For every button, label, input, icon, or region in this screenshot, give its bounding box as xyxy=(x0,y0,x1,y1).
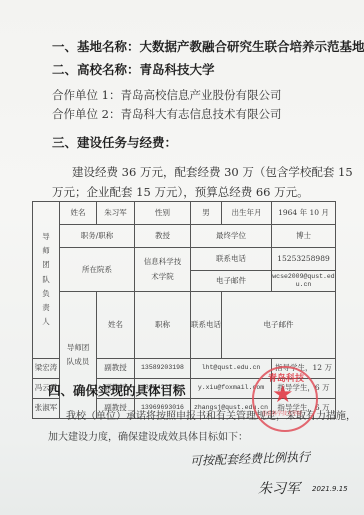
leader-title: 教授 xyxy=(135,225,191,248)
leader-degree: 博士 xyxy=(272,225,336,248)
leader-dept-label: 所在院系 xyxy=(60,248,135,292)
partner-value: 青岛科大有志信息技术有限公司 xyxy=(120,107,281,121)
partner-value: 青岛高校信息产业股份有限公司 xyxy=(120,88,281,102)
university-name-value: 青岛科技大学 xyxy=(140,62,215,77)
leader-phone-label: 联系电话 xyxy=(191,248,272,271)
leader-name: 朱习军 xyxy=(97,202,135,225)
leader-gender: 男 xyxy=(191,202,222,225)
leader-birth-label: 出生年月 xyxy=(222,202,272,225)
member-email: lht@qust.edu.cn xyxy=(191,358,272,378)
leader-title-label: 职务/职称 xyxy=(60,225,135,248)
members-header-title: 职称 xyxy=(135,292,191,359)
member-title: 副教授 xyxy=(97,358,135,378)
star-icon: ★ xyxy=(272,382,294,406)
section-base-name: 一、基地名称：大数据产教融合研究生联合培养示范基地 xyxy=(52,37,364,55)
members-header-name: 姓名 xyxy=(97,292,135,359)
leader-name-label: 姓名 xyxy=(60,202,97,225)
leader-birth: 1964 年 10 月 xyxy=(272,202,336,225)
partner-2: 合作单位 2：青岛科大有志信息技术有限公司 xyxy=(52,106,281,122)
leader-email: wcse2009@qust.edu.cn xyxy=(272,271,336,292)
partner-label: 合作单位 1： xyxy=(52,88,120,102)
commitment-line2: 加大建设力度，确保建设成效具体目标如下： xyxy=(48,428,248,443)
member-name: 张淑军 xyxy=(33,398,60,418)
member-phone: 13589203198 xyxy=(135,358,191,378)
members-header-email: 电子邮件 xyxy=(222,292,336,359)
leader-degree-label: 最终学位 xyxy=(191,225,272,248)
section-university-name: 二、高校名称：青岛科技大学 xyxy=(52,60,215,78)
leader-email-label: 电子邮件 xyxy=(191,271,272,292)
partner-label: 合作单位 2： xyxy=(52,107,120,121)
members-header-phone: 联系电话 xyxy=(191,292,222,359)
section-goals: 四、确保实现的具体目标 xyxy=(48,381,186,399)
handwritten-signature: 朱习军 xyxy=(258,478,300,498)
section-tasks-funding: 三、建设任务与经费： xyxy=(52,133,177,151)
official-seal: 青岛科技 ★ 信息科学技术学院 xyxy=(252,366,318,432)
funding-text-line1: 建设经费 36 万元，配套经费 30 万（包含学校配套 15 xyxy=(72,164,353,180)
leader-dept: 信息科学技术学院 xyxy=(135,248,191,292)
leader-group-label: 导师团队负责人 xyxy=(33,202,60,359)
section-label: 二、高校名称： xyxy=(52,62,140,77)
member-name: 梁宏涛 xyxy=(33,358,60,378)
base-name-value: 大数据产教融合研究生联合培养示范基地 xyxy=(140,39,364,54)
leader-phone: 15253258989 xyxy=(272,248,336,271)
handwritten-note: 可按配套经费比例执行 xyxy=(190,448,311,469)
seal-bottom-text: 信息科学技术学院 xyxy=(262,410,302,417)
section-label: 一、基地名称： xyxy=(52,39,140,54)
handwritten-date: 2021.9.15 xyxy=(312,485,348,493)
members-group-label: 导师团队成员 xyxy=(60,292,97,419)
funding-text-line2: 万元；企业配套 15 万元），预算总经费 66 万元。 xyxy=(52,184,309,200)
leader-gender-label: 性别 xyxy=(135,202,191,225)
partner-1: 合作单位 1：青岛高校信息产业股份有限公司 xyxy=(52,87,281,103)
